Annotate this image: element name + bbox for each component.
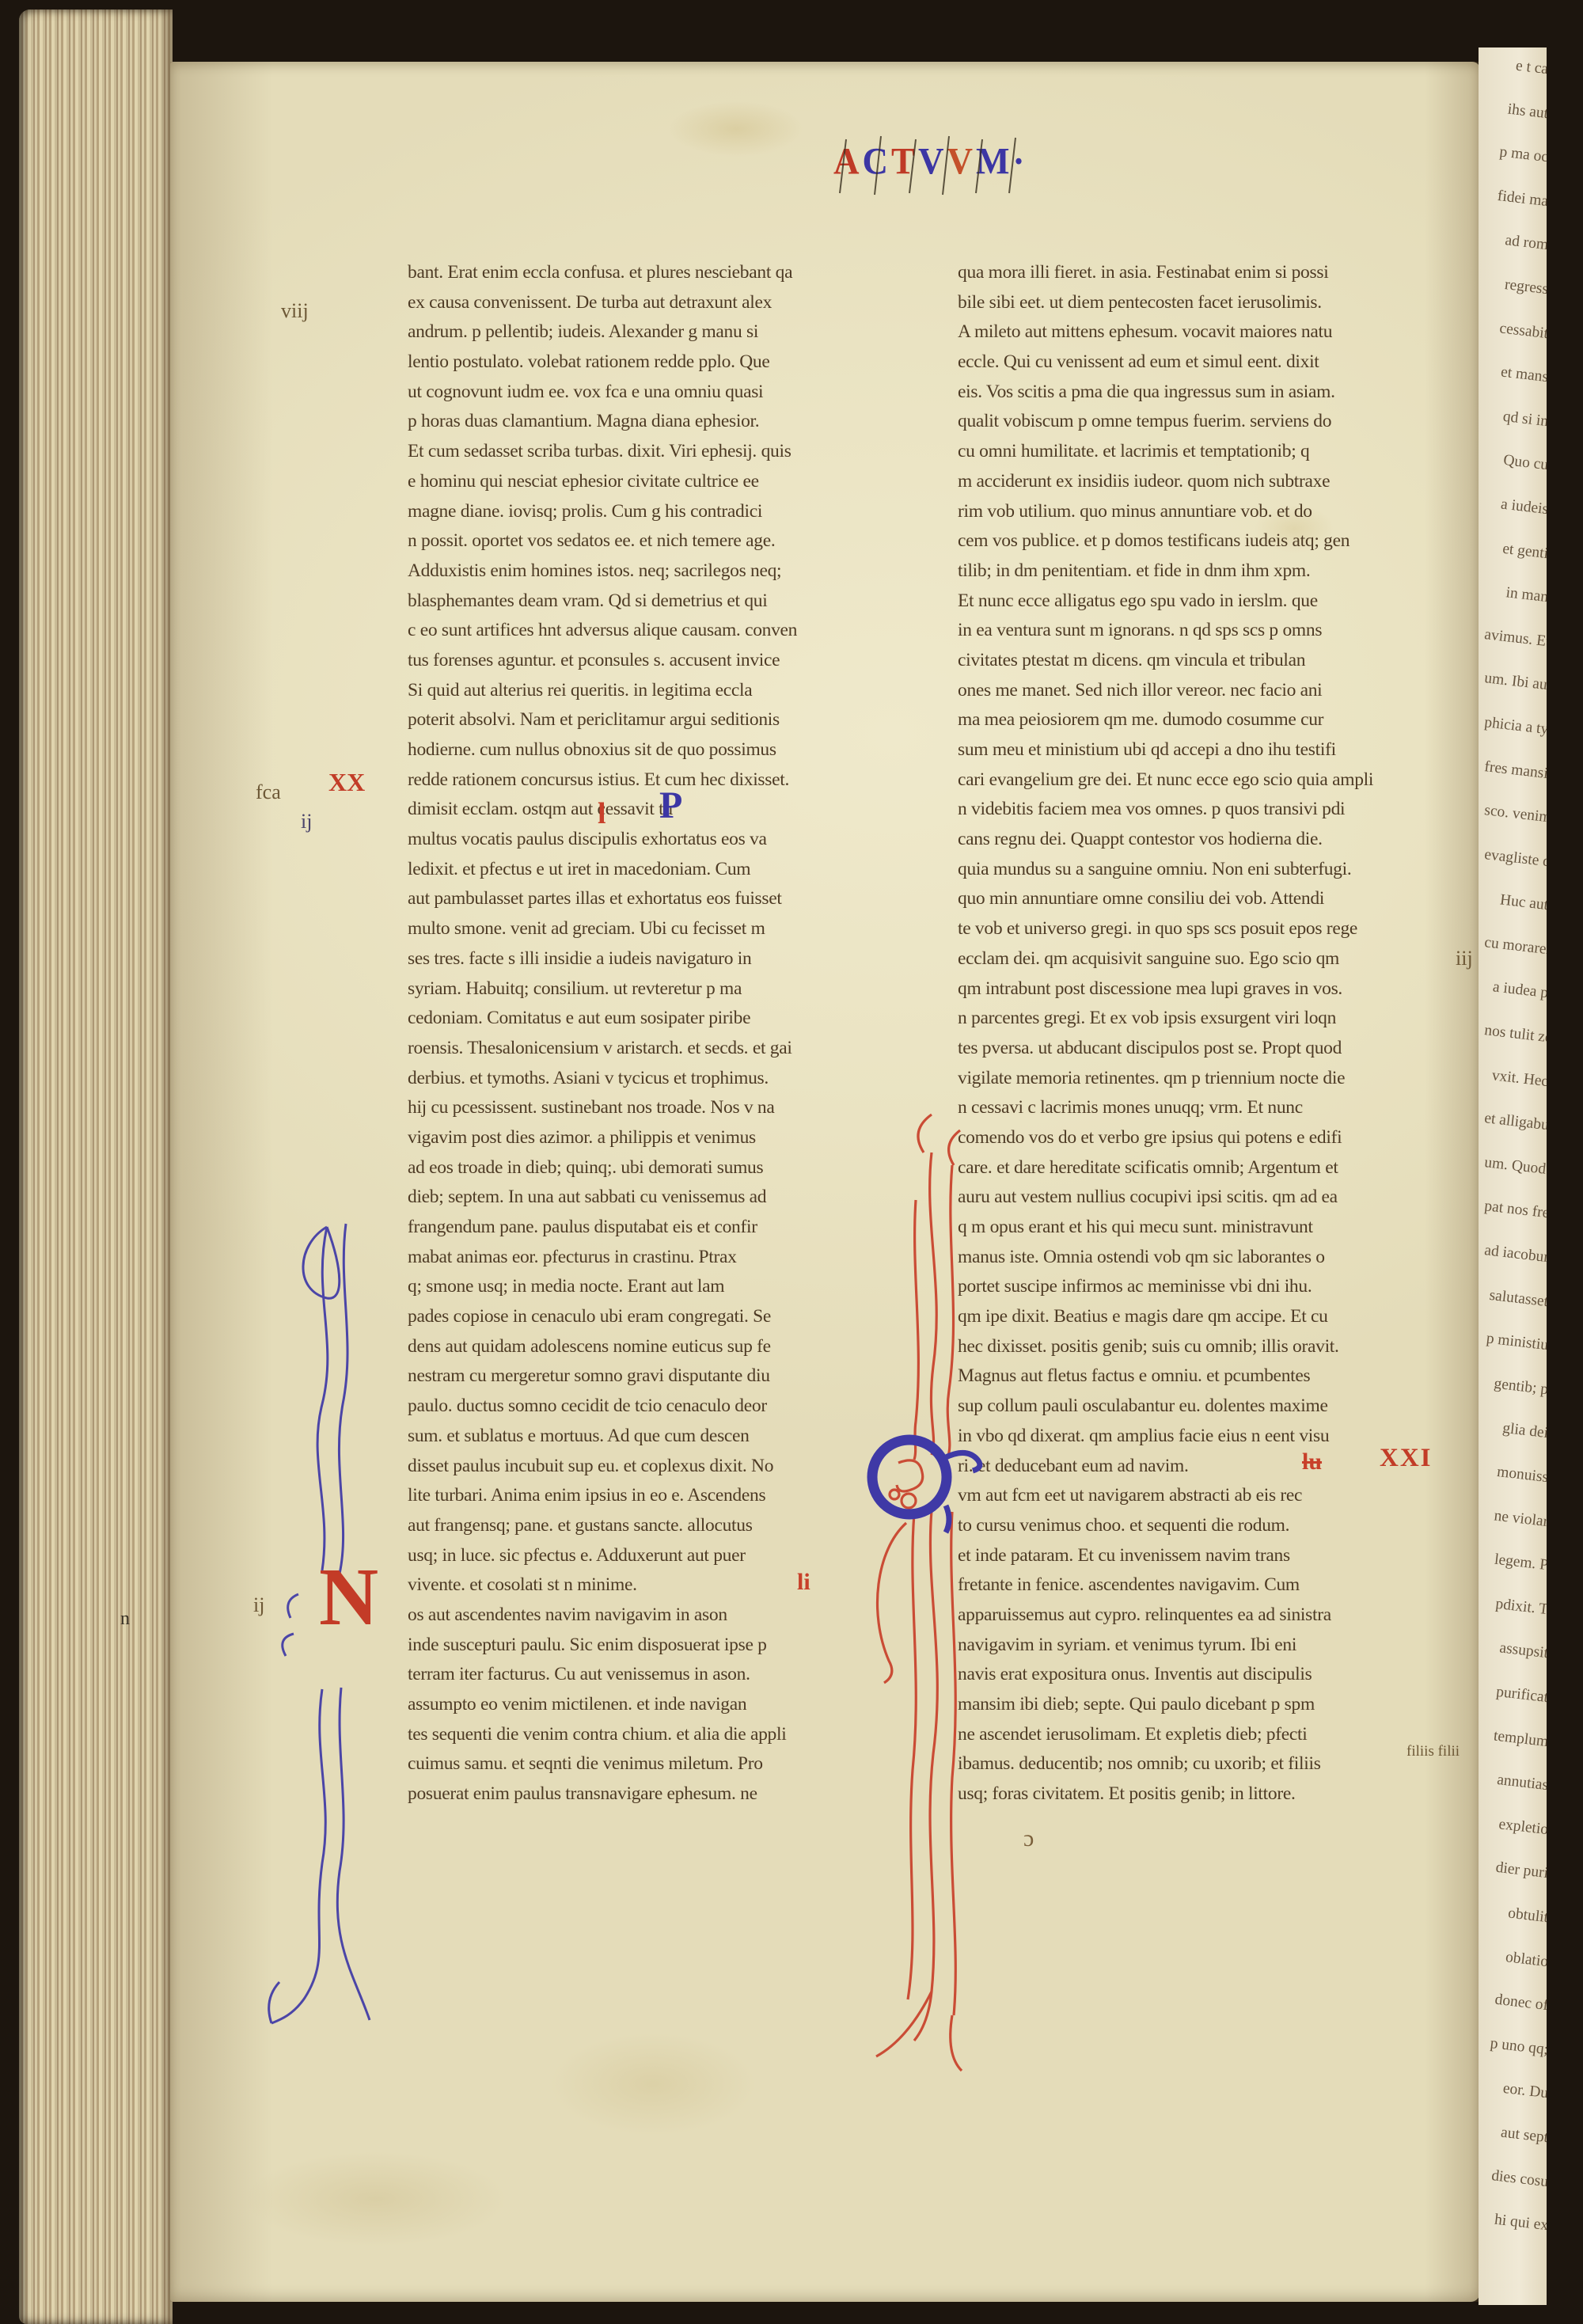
text-line: m acciderunt ex insidiis iudeor. quom ni… xyxy=(958,467,1433,497)
next-leaf-text-fragment: obtulit xyxy=(1482,1889,1547,1940)
manuscript-page: ACTVVM· bant. Erat enim eccla confusa. e… xyxy=(170,62,1480,2302)
text-line: quo min annuntiare omne consiliu dei vob… xyxy=(958,884,1433,914)
text-line: Et nunc ecce alligatus ego spu vado in i… xyxy=(958,587,1433,617)
text-line: c eo sunt artifices hnt adversus alique … xyxy=(408,616,883,646)
next-leaf-text-fragment: nos tulit zona xyxy=(1482,1008,1547,1060)
text-line: hij cu pcessissent. sustinebant nos troa… xyxy=(408,1093,883,1123)
text-line: paulo. ductus somno cecidit de tcio cena… xyxy=(408,1392,883,1422)
text-line: dens aut quidam adolescens nomine euticu… xyxy=(408,1332,883,1362)
text-line: vivente. et cosolati st n minime. xyxy=(408,1570,883,1601)
next-leaf-text-strip: e t caihs autp ma ocfidei maad romregres… xyxy=(1479,47,1547,2305)
text-line: syriam. Habuitq; consilium. ut revteretu… xyxy=(408,974,883,1004)
text-line: ecclam dei. qm acquisivit sanguine suo. … xyxy=(958,944,1433,974)
next-leaf-text-fragment: assupsit xyxy=(1482,1625,1547,1677)
text-line: q m opus erant et his qui mecu sunt. min… xyxy=(958,1213,1433,1243)
next-leaf-text-fragment: glia dei xyxy=(1482,1405,1547,1456)
text-line: qualit vobiscum p omne tempus fuerim. se… xyxy=(958,407,1433,437)
text-line: n parcentes gregi. Et ex vob ipsis exsur… xyxy=(958,1004,1433,1034)
next-leaf-text-fragment: eor. Du xyxy=(1482,2065,1547,2117)
text-line: bile sibi eet. ut diem pentecosten facet… xyxy=(958,288,1433,318)
text-line: navis erat expositura onus. Inventis aut… xyxy=(958,1660,1433,1690)
text-line: aut pambulasset partes illas et exhortat… xyxy=(408,884,883,914)
text-line: pades copiose in cenaculo ubi eram congr… xyxy=(408,1302,883,1332)
text-line: q; smone usq; in media nocte. Erant aut … xyxy=(408,1272,883,1302)
text-line: usq; foras civitatem. Et positis genib; … xyxy=(958,1779,1433,1809)
text-line: ri. et deducebant eum ad navim. xyxy=(958,1452,1433,1482)
text-line: ut cognovunt iudm ee. vox fca e una omni… xyxy=(408,378,883,408)
text-line: ex causa convenissent. De turba aut detr… xyxy=(408,288,883,318)
text-line: vigilate memoria retinentes. qm p trienn… xyxy=(958,1064,1433,1094)
text-line: te vob et universo gregi. in quo sps scs… xyxy=(958,914,1433,944)
stain xyxy=(245,2151,507,2246)
text-line: ad eos troade in dieb; quinq;. ubi demor… xyxy=(408,1153,883,1183)
blue-initial-P: P xyxy=(659,784,682,827)
chapter-number-xxi: XXI xyxy=(1380,1444,1433,1473)
margin-note-ij: ij xyxy=(301,810,312,834)
text-line: in ea ventura sunt m ignorans. n qd sps … xyxy=(958,616,1433,646)
text-line: terram iter facturus. Cu aut venissemus … xyxy=(408,1660,883,1690)
text-line: auru aut vestem nullius cocupivi ipsi sc… xyxy=(958,1183,1433,1213)
next-leaf-text-fragment: ad rom xyxy=(1482,217,1547,268)
text-line: andrum. p pellentib; iudeis. Alexander g… xyxy=(408,317,883,347)
text-line: in vbo qd dixerat. qm amplius facie eius… xyxy=(958,1422,1433,1452)
text-line: portet suscipe infirmos ac meminisse vbi… xyxy=(958,1272,1433,1302)
chapter-number-xx: XX xyxy=(328,768,365,797)
text-line: A mileto aut mittens ephesum. vocavit ma… xyxy=(958,317,1433,347)
fore-edge-of-next-leaves: e t caihs autp ma ocfidei maad romregres… xyxy=(1479,47,1577,2305)
next-leaf-text-fragment: hi qui ex xyxy=(1482,2197,1547,2248)
text-line: p horas duas clamantium. Magna diana eph… xyxy=(408,407,883,437)
text-line: comendo vos do et verbo gre ipsius qui p… xyxy=(958,1123,1433,1153)
next-leaf-text-fragment: a iudeis xyxy=(1482,480,1547,532)
text-line: n cessavi c lacrimis mones unuqq; vrm. E… xyxy=(958,1093,1433,1123)
text-line: tes pversa. ut abducant discipulos post … xyxy=(958,1034,1433,1064)
text-line: mansim ibi dieb; septe. Qui paulo diceba… xyxy=(958,1690,1433,1720)
text-line: cans regnu dei. Quappt contestor vos hod… xyxy=(958,825,1433,855)
text-line: lentio postulato. volebat rationem redde… xyxy=(408,347,883,378)
text-line: qm ipe dixit. Beatius e magis dare qm ac… xyxy=(958,1302,1433,1332)
text-line: vm aut fcm eet ut navigarem abstracti ab… xyxy=(958,1481,1433,1511)
text-line: n videbitis faciem mea vos omnes. p quos… xyxy=(958,795,1433,825)
text-line: derbius. et tymoths. Asiani v tycicus et… xyxy=(408,1064,883,1094)
red-initial-N: N xyxy=(319,1556,378,1639)
text-line: roensis. Thesalonicensium v aristarch. e… xyxy=(408,1034,883,1064)
text-line: poterit absolvi. Nam et periclitamur arg… xyxy=(408,705,883,735)
next-leaf-text-fragment: et alligabunt xyxy=(1482,1096,1547,1148)
next-leaf-text-fragment: legem. P xyxy=(1482,1536,1547,1588)
text-line: et inde pataram. Et cu invenissem navim … xyxy=(958,1541,1433,1571)
margin-note-iij: iij xyxy=(1456,947,1473,970)
next-leaf-text-fragment: phicia a tyro xyxy=(1482,701,1547,752)
text-line: assumpto eo venim mictilenen. et inde na… xyxy=(408,1690,883,1720)
page-edge-striations xyxy=(1547,47,1577,2305)
text-line: disset paulus incubuit sup eu. et coplex… xyxy=(408,1452,883,1482)
text-line: cedoniam. Comitatus e aut eum sosipater … xyxy=(408,1004,883,1034)
text-line: Si quid aut alterius rei queritis. in le… xyxy=(408,676,883,706)
text-line: ones me manet. Sed nich illor vereor. ne… xyxy=(958,676,1433,706)
text-line: n possit. oportet vos sedatos ee. et nic… xyxy=(408,526,883,556)
fore-edge-shadow xyxy=(1425,62,1480,2302)
text-line: multus vocatis paulus discipulis exhorta… xyxy=(408,825,883,855)
red-lu-mark-struck: lu xyxy=(1302,1449,1322,1475)
text-line: Et cum sedasset scriba turbas. dixit. Vi… xyxy=(408,437,883,467)
next-leaf-text-fragment: Huc aut xyxy=(1482,877,1547,928)
text-line: ledixit. et pfectus e ut iret in macedon… xyxy=(408,855,883,885)
text-line: ibamus. deducentib; nos omnib; cu uxorib… xyxy=(958,1749,1433,1779)
next-leaf-text-fragment: et mans xyxy=(1482,348,1547,400)
text-line: vigavim post dies azimor. a philippis et… xyxy=(408,1123,883,1153)
text-line: ses tres. facte s illi insidie a iudeis … xyxy=(408,944,883,974)
next-leaf-text-fragment: in man xyxy=(1482,568,1547,620)
text-line: to cursu venimus choo. et sequenti die r… xyxy=(958,1511,1433,1541)
next-leaf-text-fragment: donec of xyxy=(1482,1977,1547,2028)
text-line: inde suscepturi paulu. Sic enim disposue… xyxy=(408,1631,883,1661)
text-column-right: qua mora illi fieret. in asia. Festinaba… xyxy=(958,258,1433,1816)
text-line: bant. Erat enim eccla confusa. et plures… xyxy=(408,258,883,288)
text-line: redde rationem concursus istius. Et cum … xyxy=(408,765,883,796)
text-line: tilib; in dm penitentiam. et fide in dnm… xyxy=(958,556,1433,587)
margin-correction-filiis: filiis filii xyxy=(1406,1743,1460,1760)
left-page-stack-edges xyxy=(19,9,173,2324)
text-line: posuerat enim paulus transnavigare ephes… xyxy=(408,1779,883,1809)
text-line: hec dixisset. positis genib; suis cu omn… xyxy=(958,1332,1433,1362)
next-leaf-text-fragment: p ministiu xyxy=(1482,1316,1547,1368)
margin-note-fca: fca xyxy=(256,780,281,804)
text-line: fretante in fenice. ascendentes navigavi… xyxy=(958,1570,1433,1601)
text-line: nestram cu mergeretur somno gravi disput… xyxy=(408,1361,883,1392)
text-line: sum. et sublatus e mortuus. Ad que cum d… xyxy=(408,1422,883,1452)
manuscript-photo: ACTVVM· bant. Erat enim eccla confusa. e… xyxy=(0,0,1583,2324)
text-line: sup collum pauli osculabantur eu. dolent… xyxy=(958,1392,1433,1422)
text-line: cu omni humilitate. et lacrimis et tempt… xyxy=(958,437,1433,467)
text-line: qm intrabunt post discessione mea lupi g… xyxy=(958,974,1433,1004)
margin-tick-n: n xyxy=(120,1608,130,1630)
text-line: os aut ascendentes navim navigavim in as… xyxy=(408,1601,883,1631)
red-li-mark: li xyxy=(797,1569,810,1596)
text-line: cuimus samu. et seqnti die venimus milet… xyxy=(408,1749,883,1779)
text-line: aut frangensq; pane. et gustans sancte. … xyxy=(408,1511,883,1541)
text-line: quia mundus su a sanguine omniu. Non eni… xyxy=(958,855,1433,885)
text-line: eis. Vos scitis a pma die qua ingressus … xyxy=(958,378,1433,408)
text-line: ne ascendet ierusolimam. Et expletis die… xyxy=(958,1720,1433,1750)
text-line: qua mora illi fieret. in asia. Festinaba… xyxy=(958,258,1433,288)
text-column-left: bant. Erat enim eccla confusa. et plures… xyxy=(408,258,883,1816)
text-line: rim vob utilium. quo minus annuntiare vo… xyxy=(958,497,1433,527)
margin-note-viij: viij xyxy=(281,299,309,323)
text-line: lite turbari. Anima enim ipsius in eo e.… xyxy=(408,1481,883,1511)
text-line: tus forenses aguntur. et pconsules s. ac… xyxy=(408,646,883,676)
text-line: Adduxistis enim homines istos. neq; sacr… xyxy=(408,556,883,587)
next-leaf-text-fragment: Quo cu xyxy=(1482,437,1547,488)
text-line: care. et dare hereditate scificatis omni… xyxy=(958,1153,1433,1183)
text-line: usq; in luce. sic pfectus e. Adduxerunt … xyxy=(408,1541,883,1571)
text-line: tes sequenti die venim contra chium. et … xyxy=(408,1720,883,1750)
stain xyxy=(550,2033,756,2136)
text-line: dieb; septem. In una aut sabbati cu veni… xyxy=(408,1183,883,1213)
text-line: cari evangelium gre dei. Et nunc ecce eg… xyxy=(958,765,1433,796)
stain xyxy=(669,101,803,157)
text-line: civitates ptestat m dicens. qm vincula e… xyxy=(958,646,1433,676)
next-leaf-text-fragment: pat nos fres xyxy=(1482,1185,1547,1236)
text-line: eccle. Qui cu venissent ad eum et simul … xyxy=(958,347,1433,378)
text-line: navigavim in syriam. et venimus tyrum. I… xyxy=(958,1631,1433,1661)
next-leaf-text-fragment: dier puri xyxy=(1482,1845,1547,1897)
next-leaf-text-fragment: monuiss xyxy=(1482,1449,1547,1500)
next-leaf-text-fragment: um. Ibi aut xyxy=(1482,657,1547,708)
text-line: cem vos publice. et p domos testificans … xyxy=(958,526,1433,556)
text-line: sum meu et ministium ubi qd accepi a dno… xyxy=(958,735,1433,765)
text-line: ma mea peiosiorem qm me. dumodo cosumme … xyxy=(958,705,1433,735)
next-leaf-text-fragment: regress xyxy=(1482,260,1547,312)
next-leaf-text-fragment: purificat xyxy=(1482,1669,1547,1720)
text-line: magne diane. iovisq; prolis. Cum g his c… xyxy=(408,497,883,527)
next-leaf-text-fragment: p ma oc xyxy=(1482,128,1547,180)
text-line: multo smone. venit ad greciam. Ubi cu fe… xyxy=(408,914,883,944)
next-leaf-text-fragment: aut sept xyxy=(1482,2109,1547,2160)
text-line: hodierne. cum nullus obnoxius sit de quo… xyxy=(408,735,883,765)
text-line: mabat animas eor. pfecturus in crastinu.… xyxy=(408,1243,883,1273)
text-line: apparuissemus aut cypro. relinquentes ea… xyxy=(958,1601,1433,1631)
text-line: Magnus aut fletus factus e omniu. et pcu… xyxy=(958,1361,1433,1392)
text-line: frangendum pane. paulus disputabat eis e… xyxy=(408,1213,883,1243)
next-leaf-text-fragment: annutias xyxy=(1482,1756,1547,1808)
text-line: blasphemantes deam vram. Qd si demetrius… xyxy=(408,587,883,617)
text-line: dimisit ecclam. ostqm aut cessavit tu xyxy=(408,795,883,825)
penwork-flourish-red-C xyxy=(813,1105,1027,2094)
next-leaf-text-fragment: sco. venimus xyxy=(1482,788,1547,840)
next-leaf-text-fragment: ad iacobum xyxy=(1482,1228,1547,1280)
running-title-hairlines xyxy=(824,131,1053,204)
text-line: e hominu qui nesciat ephesior civitate c… xyxy=(408,467,883,497)
red-paraph-mark: l xyxy=(598,796,606,831)
text-line: manus iste. Omnia ostendi vob qm sic lab… xyxy=(958,1243,1433,1273)
